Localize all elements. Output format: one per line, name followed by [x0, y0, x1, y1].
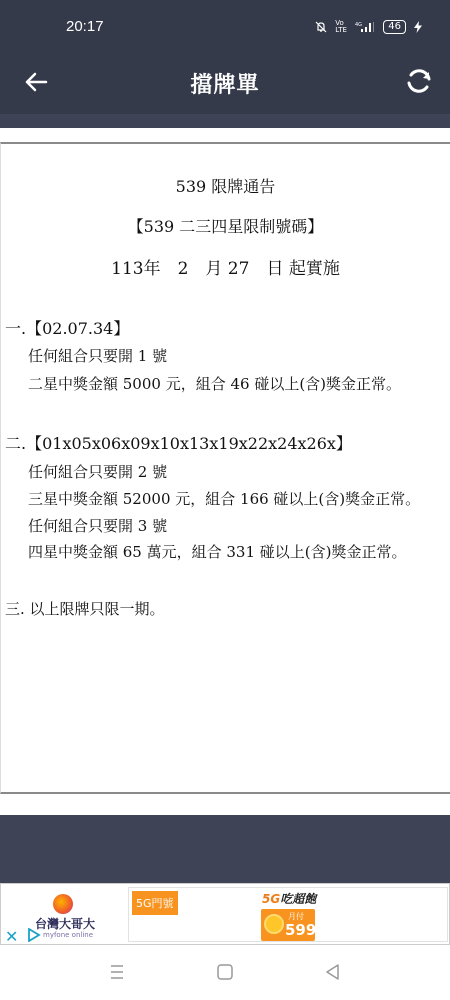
- status-time: 20:17: [66, 18, 104, 35]
- notice-title: 539 限牌通告: [1, 174, 450, 197]
- section-2-line: 任何組合只要開 3 號: [28, 515, 167, 536]
- close-icon[interactable]: ✕: [5, 927, 18, 946]
- adchoices-play-icon[interactable]: [27, 928, 41, 942]
- section-2-line: 任何組合只要開 2 號: [28, 461, 167, 482]
- battery-indicator: 46: [383, 20, 406, 34]
- refresh-icon[interactable]: [404, 66, 434, 96]
- section-1-line: 二星中獎金額 5000 元，組合 46 碰以上(含)獎金正常。: [28, 373, 401, 394]
- ad-price-badge: 月付 599: [261, 909, 315, 941]
- header-shadow-bar: [0, 114, 450, 128]
- system-nav-bar: [0, 945, 450, 1000]
- back-triangle-icon[interactable]: [322, 961, 344, 983]
- home-icon[interactable]: [214, 961, 236, 983]
- ad-brand-name: 台灣大哥大: [35, 915, 95, 932]
- volte-icon: Vo LTE: [335, 20, 345, 34]
- section-2-line: 三星中獎金額 52000 元，組合 166 碰以上(含)獎金正常。: [28, 488, 420, 509]
- notice-date: 113年 2 月 27 日 起實施: [1, 254, 450, 279]
- section-2-heading: 二.【01x05x06x09x10x13x19x22x24x26x】: [5, 431, 352, 454]
- ad-brand-sub: myfone online: [43, 931, 93, 939]
- menu-icon[interactable]: [106, 961, 128, 983]
- ad-headline-prefix: 5G: [262, 892, 280, 906]
- mute-bell-icon: [315, 21, 327, 33]
- ad-banner[interactable]: 台灣大哥大 myfone online ✕ 5G門號 5G吃超飽 月付 599: [0, 883, 450, 945]
- 4g-signal-icon: 4G: [353, 21, 375, 33]
- status-bar: 20:17 Vo LTE 4G 46: [0, 0, 450, 56]
- coin-icon: [264, 914, 284, 934]
- app-bar: 擋牌單: [0, 56, 450, 114]
- section-2-line: 四星中獎金額 65 萬元，組合 331 碰以上(含)獎金正常。: [28, 541, 407, 562]
- page-title: 擋牌單: [0, 68, 450, 99]
- section-3-heading: 三. 以上限牌只限一期。: [5, 598, 165, 619]
- svg-text:4G: 4G: [355, 22, 362, 28]
- ad-price: 599: [285, 921, 316, 939]
- section-1-heading: 一.【02.07.34】: [5, 316, 129, 339]
- ad-tag: 5G門號: [132, 891, 178, 915]
- ad-headline-suffix: 吃超飽: [280, 892, 316, 906]
- footer-dark-bar: [0, 815, 450, 883]
- ad-headline: 5G吃超飽: [262, 890, 316, 907]
- charging-icon: [414, 21, 422, 33]
- ad-brand-logo[interactable]: 台灣大哥大 myfone online ✕: [1, 884, 128, 944]
- brand-logo-icon: [53, 894, 73, 914]
- notice-subtitle: 【539 二三四星限制號碼】: [1, 214, 450, 237]
- ad-content-panel[interactable]: 5G門號 5G吃超飽 月付 599: [128, 887, 448, 942]
- notice-document: 539 限牌通告 【539 二三四星限制號碼】 113年 2 月 27 日 起實…: [0, 142, 450, 794]
- section-1-line: 任何組合只要開 1 號: [28, 345, 167, 366]
- status-icons: Vo LTE 4G 46: [315, 20, 422, 34]
